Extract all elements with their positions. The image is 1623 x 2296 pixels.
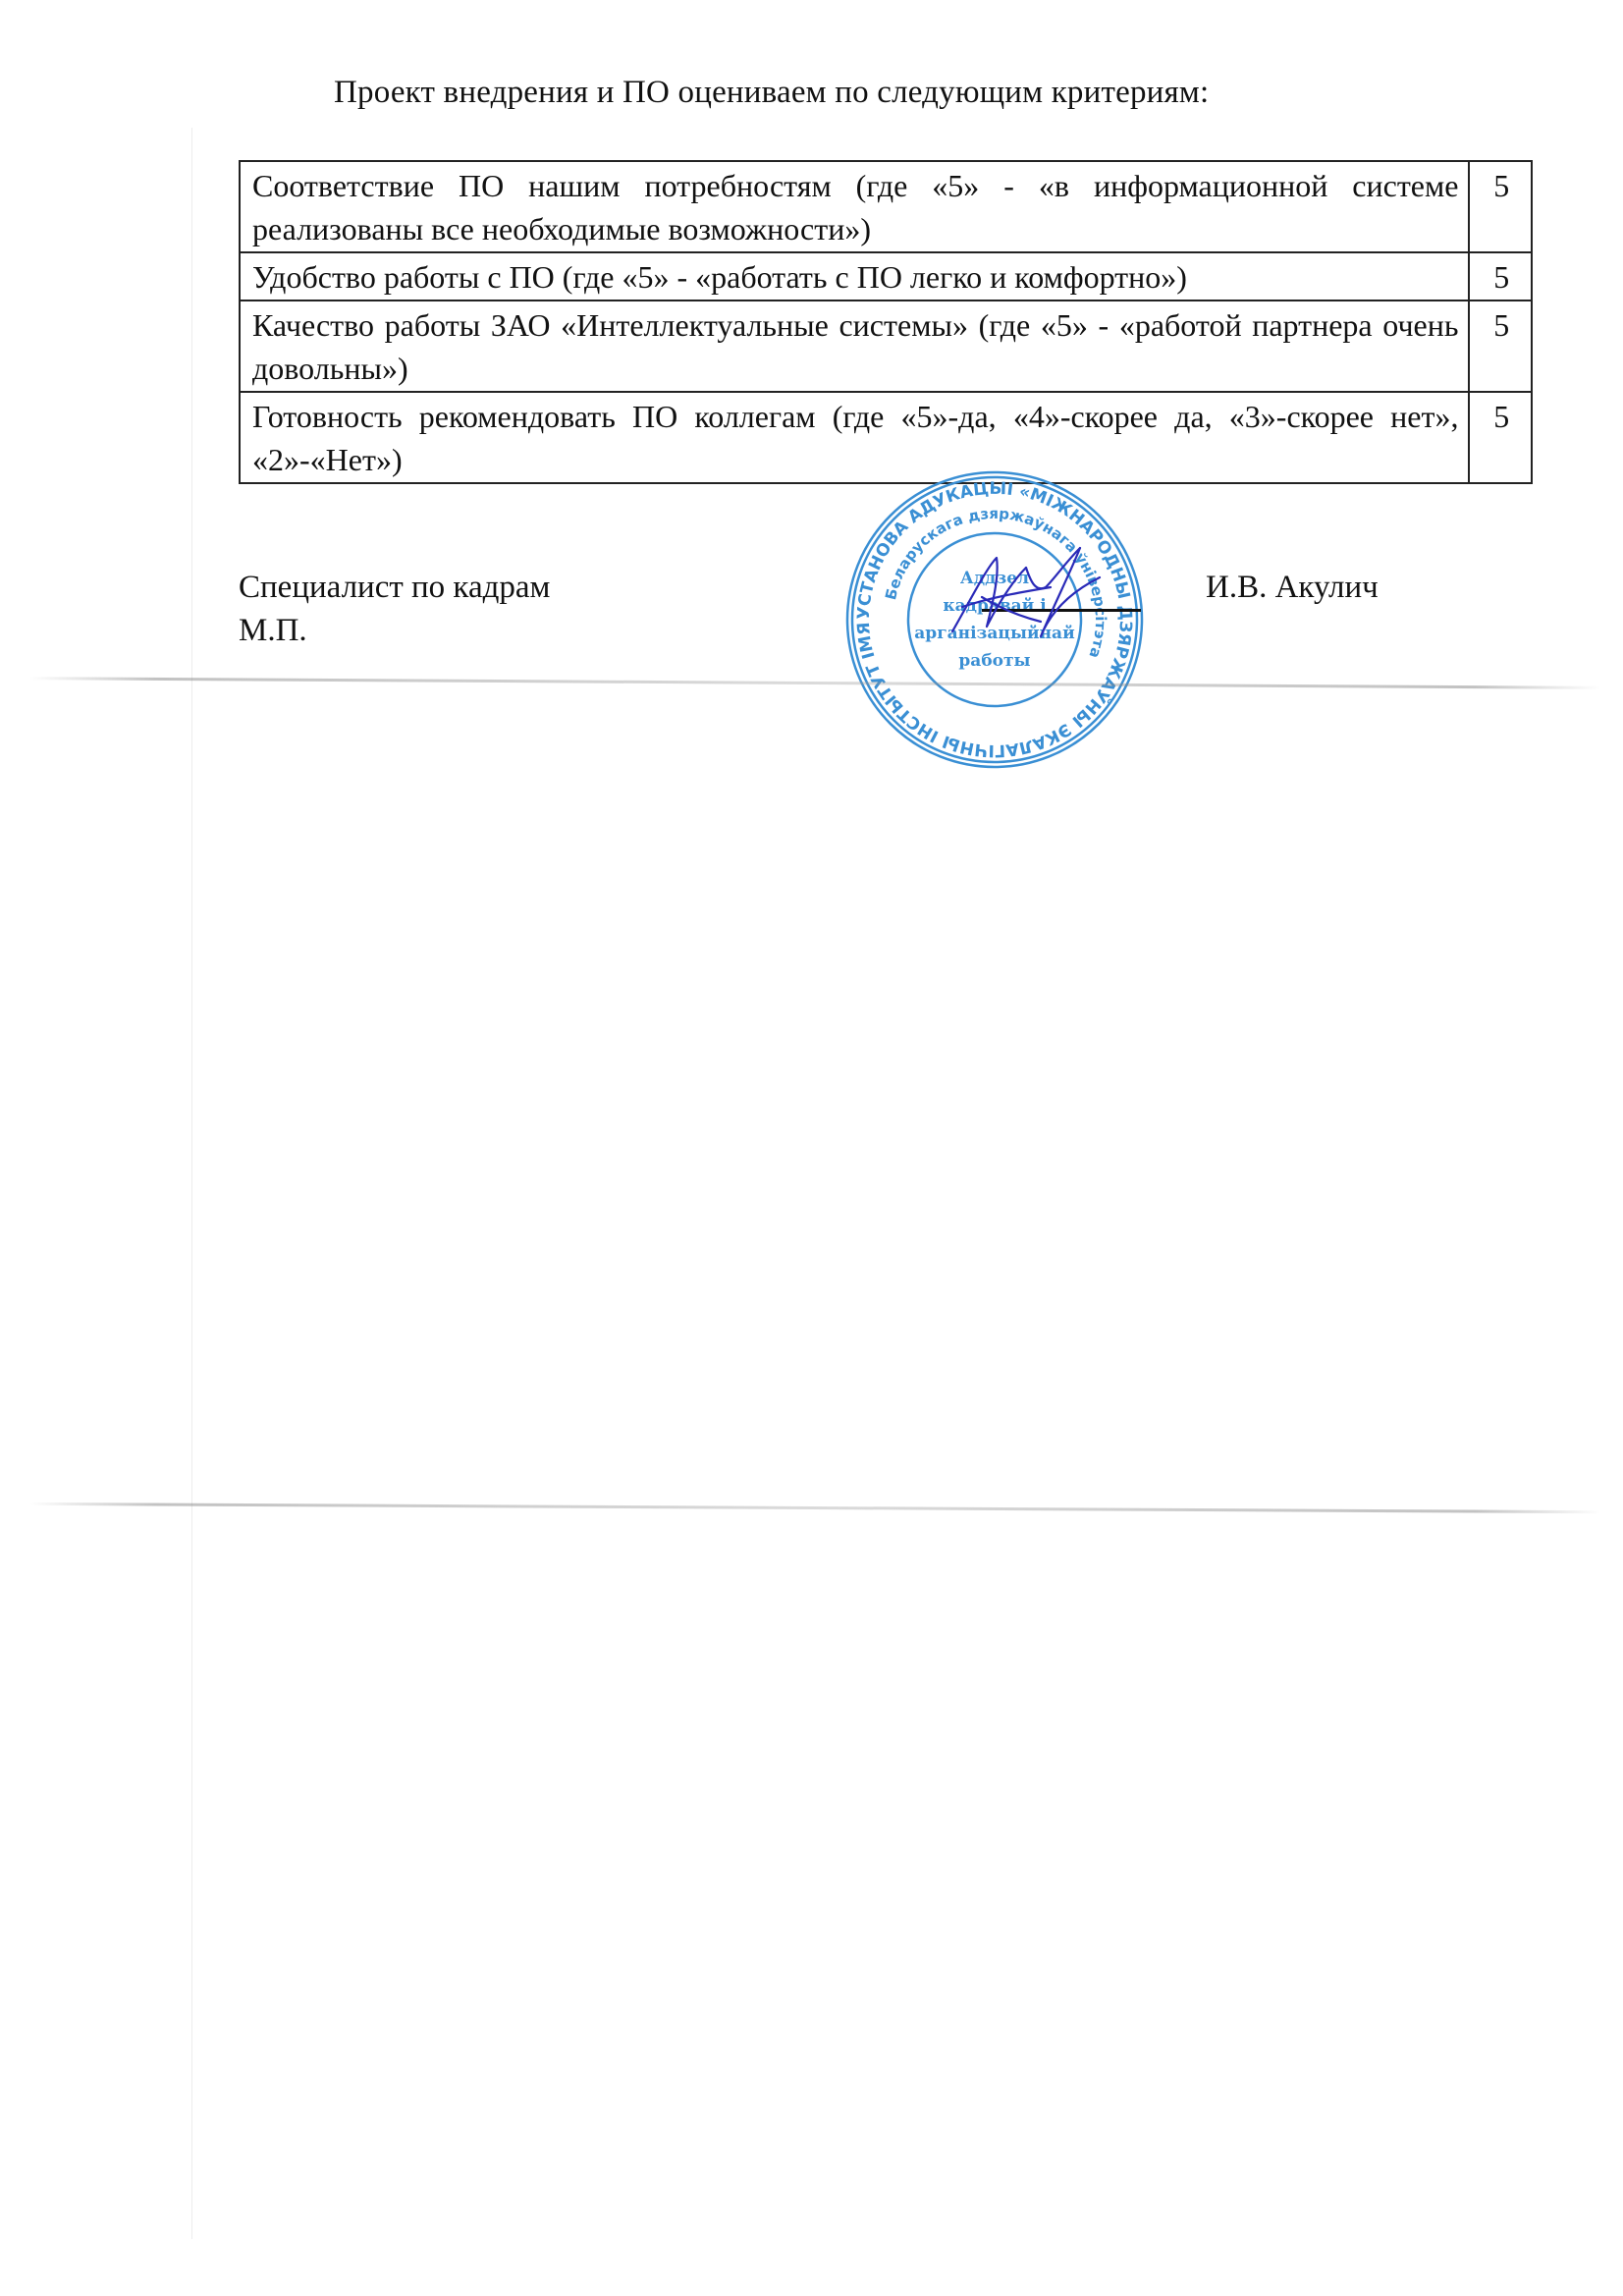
- document-heading: Проект внедрения и ПО оцениваем по следу…: [334, 75, 1209, 111]
- page-margin-shadow: [191, 128, 192, 2239]
- criterion-score: 5: [1469, 301, 1532, 392]
- criterion-score: 5: [1469, 252, 1532, 301]
- table-row: Качество работы ЗАО «Интеллектуальные си…: [240, 301, 1532, 392]
- signatory-role: Специалист по кадрам: [239, 570, 550, 606]
- handwritten-signature-icon: [943, 538, 1109, 646]
- criterion-text: Качество работы ЗАО «Интеллектуальные си…: [240, 301, 1469, 392]
- stamp-line-4: работы: [958, 651, 1030, 671]
- signatory-name: И.В. Акулич: [1206, 570, 1379, 606]
- criterion-text: Соответствие ПО нашим потребностям (где …: [240, 161, 1469, 252]
- paper-fold-line: [29, 1503, 1600, 1513]
- table-row: Соответствие ПО нашим потребностям (где …: [240, 161, 1532, 252]
- criterion-text: Удобство работы с ПО (где «5» - «работат…: [240, 252, 1469, 301]
- table-row: Удобство работы с ПО (где «5» - «работат…: [240, 252, 1532, 301]
- criterion-score: 5: [1469, 161, 1532, 252]
- seal-place-label: М.П.: [239, 613, 307, 649]
- criterion-score: 5: [1469, 392, 1532, 483]
- paper-fold-line: [29, 677, 1600, 689]
- criteria-table: Соответствие ПО нашим потребностям (где …: [239, 160, 1533, 484]
